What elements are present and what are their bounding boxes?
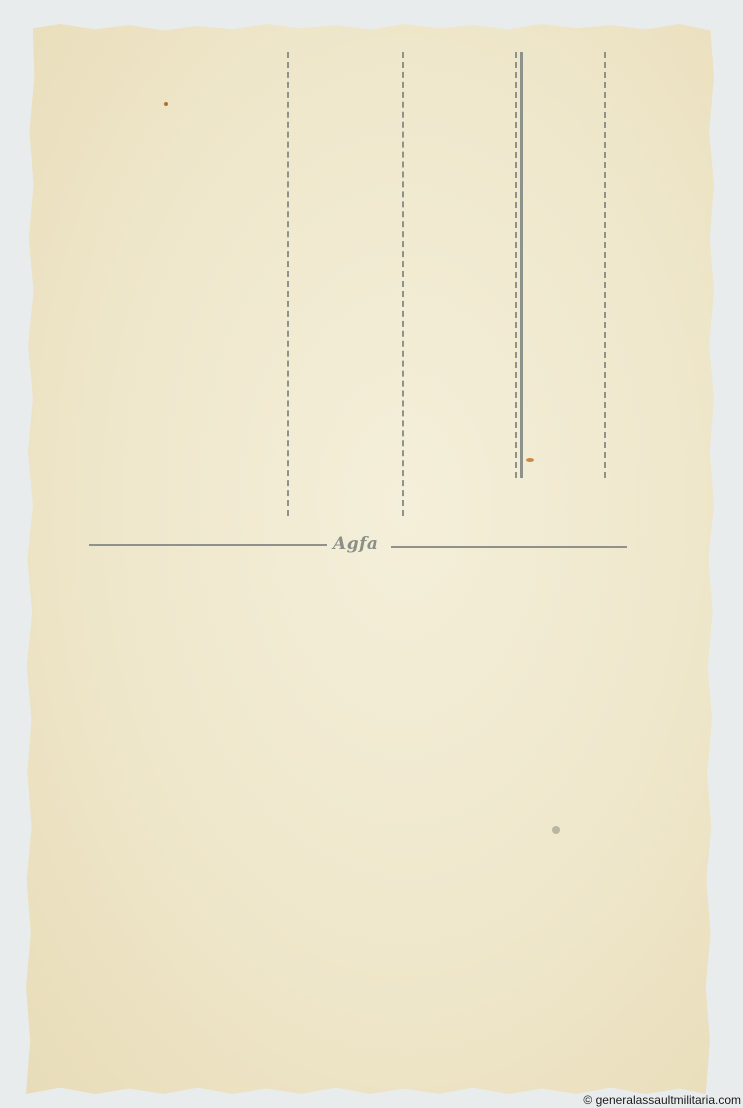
paper-blemish (552, 826, 560, 834)
agfa-logo: Agfa (333, 534, 378, 554)
divider-dashed-line-2 (402, 52, 404, 516)
paper-blemish (164, 102, 168, 106)
horizontal-rule-right (391, 546, 627, 548)
postcard-back (26, 24, 714, 1094)
copyright-watermark: © generalassaultmilitaria.com (583, 1093, 741, 1107)
stamp-box-dashed-line-right (604, 52, 606, 478)
horizontal-rule-left (89, 544, 327, 546)
divider-dashed-line-1 (287, 52, 289, 516)
stamp-box-solid-line (520, 52, 523, 478)
stamp-box-dashed-line-left (515, 52, 517, 478)
paper-blemish (526, 458, 534, 462)
